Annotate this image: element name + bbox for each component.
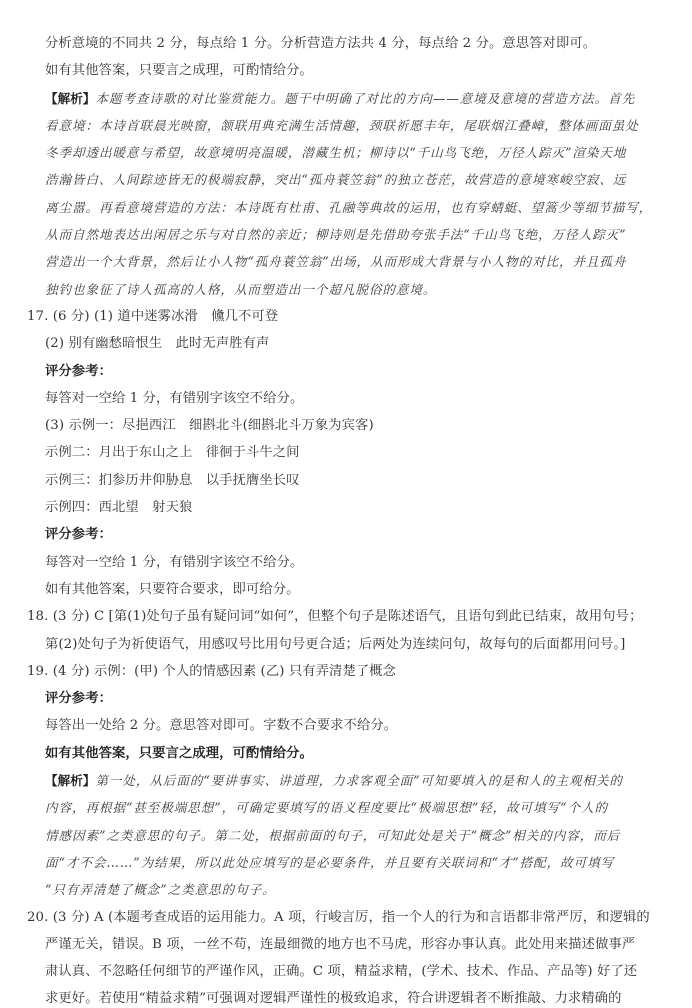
question-17-example: 示例三：扪参历井仰胁息 以手抚膺坐长叹 [0,467,692,494]
analysis-text: 情感因素”之类意思的句子。第二处，根据前面的句子，可知此处是关于“概念”相关的内… [0,822,692,849]
question-20-text: 肃认真、不忽略任何细节的严谨作风，正确。C 项，精益求精，(学术、技术、作品、产… [0,958,692,985]
analysis-paragraph-line: 【解析】本题考查诗歌的对比鉴赏能力。题干中明确了对比的方向——意境及意境的营造方… [0,85,692,112]
scoring-text: 如有其他答案，只要言之成理，可酌情给分。 [0,57,692,84]
analysis-tag: 【解析】 [45,773,95,788]
analysis-text: 独钓也象征了诗人孤高的人格，从而塑造出一个超凡脱俗的意境。 [0,276,692,303]
analysis-text: 浩瀚皆白、人间踪迹皆无的极端寂静，突出“孤舟蓑笠翁”的独立苍茫，故营造的意境寒峻… [0,166,692,193]
analysis-text: 本题考查诗歌的对比鉴赏能力。题干中明确了对比的方向——意境及意境的营造方法。首先 [95,91,635,106]
scoring-rule-bold: 如有其他答案，只要言之成理，可酌情给分。 [0,740,692,767]
analysis-paragraph-line: 【解析】第一处，从后面的“要讲事实、讲道理，力求客观全面”可知要填入的是和人的主… [0,767,692,794]
answer-key-page: 分析意境的不同共 2 分，每点给 1 分。分析营造方法共 4 分，每点给 2 分… [0,30,692,1008]
scoring-rule: 每答对一空给 1 分，有错别字该空不给分。 [0,385,692,412]
question-20-head: 20. (3 分) A (本题考查成语的运用能力。A 项，行峻言厉，指一个人的行… [0,904,692,931]
question-18-text: 第(2)处句子为祈使语气，用感叹号比用句号更合适；后两处为连续问句，故每句的后面… [0,631,692,658]
scoring-rule: 每答出一处给 2 分。意思答对即可。字数不合要求不给分。 [0,712,692,739]
question-17-example: 示例四：西北望 射天狼 [0,494,692,521]
scoring-title: 评分参考： [0,521,692,548]
analysis-text: 看意境：本诗首联晨光映窗，颔联用典充满生活情趣，颈联祈愿丰年，尾联烟江叠嶂，整体… [0,112,692,139]
scoring-title: 评分参考： [0,358,692,385]
question-18-head: 18. (3 分) C [第(1)处句子虽有疑问词“如何”，但整个句子是陈述语气… [0,603,692,630]
analysis-text: 内容，再根据“甚至极端思想”，可确定要填写的语义程度要比“极端思想”轻，故可填写… [0,794,692,821]
question-19-head: 19. (4 分) 示例：(甲) 个人的情感因素 (乙) 只有弄清楚了概念 [0,658,692,685]
analysis-text: “只有弄清楚了概念”之类意思的句子。 [0,876,692,903]
analysis-tag: 【解析】 [45,91,95,106]
question-17-example: (3) 示例一：尽挹西江 细斟北斗(细斟北斗万象为宾客) [0,412,692,439]
analysis-text: 营造出一个大背景，然后让小人物“孤舟蓑笠翁”出场，从而形成大背景与小人物的对比，… [0,248,692,275]
question-20-text: 求更好。若使用“精益求精”可强调对逻辑严谨性的极致追求，符合讲逻辑者不断推敲、力… [0,985,692,1008]
analysis-text: 面“才不会……”为结果，所以此处应填写的是必要条件，并且要有关联词和“才”搭配，… [0,849,692,876]
analysis-text: 从而自然地表达出闲居之乐与对自然的亲近；柳诗则是先借助夸张手法“千山鸟飞绝，万径… [0,221,692,248]
analysis-text: 离尘嚣。再看意境营造的方法：本诗既有杜甫、孔融等典故的运用，也有穿蜻蜓、望篙少等… [0,194,692,221]
scoring-rule: 如有其他答案，只要符合要求，即可给分。 [0,576,692,603]
question-17-head: 17. (6 分) (1) 道中迷雾冰滑 儵几不可登 [0,303,692,330]
question-17-example: 示例二：月出于东山之上 徘徊于斗牛之间 [0,439,692,466]
scoring-title: 评分参考： [0,685,692,712]
question-20-text: 严谨无关，错误。B 项，一丝不苟，连最细微的地方也不马虎，形容办事认真。此处用来… [0,931,692,958]
analysis-text: 冬季却透出暖意与希望，故意境明亮温暖，潜藏生机；柳诗以“千山鸟飞绝，万径人踪灭”… [0,139,692,166]
analysis-text: 第一处，从后面的“要讲事实、讲道理，力求客观全面”可知要填入的是和人的主观相关的 [95,773,622,788]
scoring-rule: 每答对一空给 1 分，有错别字该空不给分。 [0,549,692,576]
question-17-part2: (2) 别有幽愁暗恨生 此时无声胜有声 [0,330,692,357]
scoring-text: 分析意境的不同共 2 分，每点给 1 分。分析营造方法共 4 分，每点给 2 分… [0,30,692,57]
